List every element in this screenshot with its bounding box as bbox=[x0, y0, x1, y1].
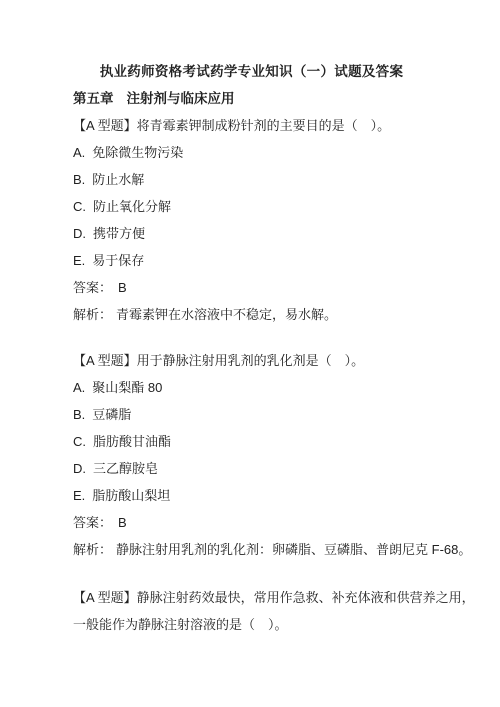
answer-label: 答案： bbox=[73, 515, 112, 530]
answer-value: B bbox=[118, 515, 127, 530]
option-row-b: B.豆磷脂 bbox=[73, 401, 450, 428]
option-text: 免除微生物污染 bbox=[92, 145, 183, 160]
option-row-e: E.脂肪酸山梨坦 bbox=[73, 482, 450, 509]
answer-line: 答案：B bbox=[73, 274, 450, 301]
option-text: 豆磷脂 bbox=[92, 407, 131, 422]
analysis-line: 解析：静脉注射用乳剂的乳化剂：卵磷脂、豆磷脂、普朗尼克 F-68。 bbox=[73, 536, 450, 563]
option-key: D. bbox=[73, 455, 86, 482]
question-block-2: 【A 型题】用于静脉注射用乳剂的乳化剂是（ ）。 A.聚山梨酯 80 B.豆磷脂… bbox=[73, 347, 450, 563]
option-row-a: A.聚山梨酯 80 bbox=[73, 374, 450, 401]
answer-line: 答案：B bbox=[73, 509, 450, 536]
option-row-b: B.防止水解 bbox=[73, 166, 450, 193]
question-block-1: 【A 型题】将青霉素钾制成粉针剂的主要目的是（ ）。 A.免除微生物污染 B.防… bbox=[73, 112, 450, 328]
analysis-label: 解析： bbox=[73, 542, 112, 557]
question-stem: 【A 型题】用于静脉注射用乳剂的乳化剂是（ ）。 bbox=[73, 347, 450, 374]
analysis-text: 青霉素钾在水溶液中不稳定，易水解。 bbox=[116, 307, 337, 322]
option-key: B. bbox=[73, 166, 85, 193]
answer-label: 答案： bbox=[73, 280, 112, 295]
option-text: 脂肪酸山梨坦 bbox=[92, 488, 170, 503]
option-key: E. bbox=[73, 247, 85, 274]
option-key: C. bbox=[73, 193, 86, 220]
option-key: D. bbox=[73, 220, 86, 247]
option-key: A. bbox=[73, 139, 85, 166]
analysis-text: 静脉注射用乳剂的乳化剂：卵磷脂、豆磷脂、普朗尼克 F-68。 bbox=[116, 542, 471, 557]
option-text: 易于保存 bbox=[92, 253, 144, 268]
option-row-a: A.免除微生物污染 bbox=[73, 139, 450, 166]
question-block-3: 【A 型题】静脉注射药效最快，常用作急救、补充体液和供营养之用， 一般能作为静脉… bbox=[73, 584, 450, 638]
option-text: 防止氧化分解 bbox=[93, 199, 171, 214]
option-text: 防止水解 bbox=[92, 172, 144, 187]
option-row-d: D.携带方便 bbox=[73, 220, 450, 247]
option-row-c: C.脂肪酸甘油酯 bbox=[73, 428, 450, 455]
option-text: 三乙醇胺皂 bbox=[93, 461, 158, 476]
question-stem-line-2: 一般能作为静脉注射溶液的是（ ）。 bbox=[73, 611, 450, 638]
option-row-d: D.三乙醇胺皂 bbox=[73, 455, 450, 482]
option-row-c: C.防止氧化分解 bbox=[73, 193, 450, 220]
option-key: C. bbox=[73, 428, 86, 455]
option-text: 聚山梨酯 80 bbox=[92, 380, 162, 395]
chapter-number: 第五章 bbox=[73, 91, 114, 106]
chapter-heading: 第五章注射剂与临床应用 bbox=[73, 85, 450, 112]
page-title: 执业药师资格考试药学专业知识（一）试题及答案 bbox=[53, 58, 450, 85]
chapter-name: 注射剂与临床应用 bbox=[127, 91, 235, 106]
question-stem: 【A 型题】将青霉素钾制成粉针剂的主要目的是（ ）。 bbox=[73, 112, 450, 139]
option-text: 脂肪酸甘油酯 bbox=[93, 434, 171, 449]
analysis-line: 解析：青霉素钾在水溶液中不稳定，易水解。 bbox=[73, 301, 450, 328]
option-row-e: E.易于保存 bbox=[73, 247, 450, 274]
document-page: 执业药师资格考试药学专业知识（一）试题及答案 第五章注射剂与临床应用 【A 型题… bbox=[0, 0, 500, 707]
option-key: A. bbox=[73, 374, 85, 401]
question-stem-line-1: 【A 型题】静脉注射药效最快，常用作急救、补充体液和供营养之用， bbox=[73, 584, 450, 611]
option-key: E. bbox=[73, 482, 85, 509]
answer-value: B bbox=[118, 280, 127, 295]
option-key: B. bbox=[73, 401, 85, 428]
option-text: 携带方便 bbox=[93, 226, 145, 241]
analysis-label: 解析： bbox=[73, 307, 112, 322]
